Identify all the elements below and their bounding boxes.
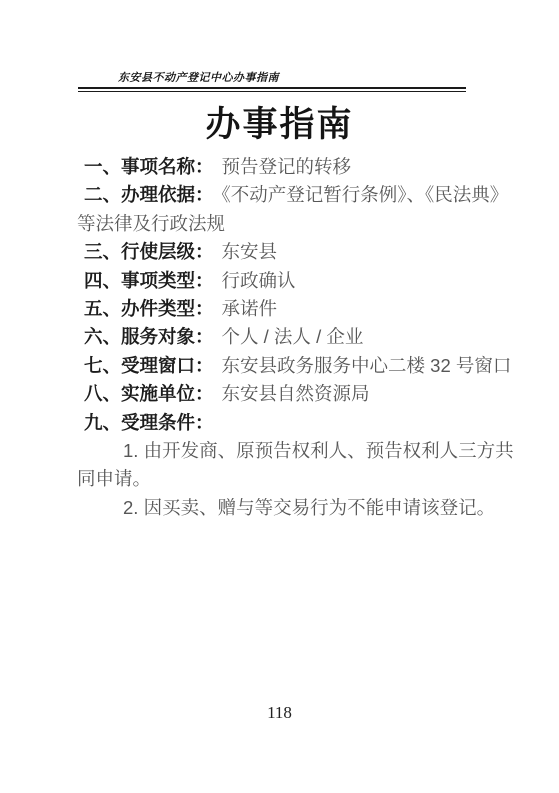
header-double-rule	[78, 87, 466, 92]
item-value: 承诺件	[222, 298, 278, 319]
running-header-title: 东安县不动产登记中心办事指南	[118, 69, 279, 85]
guide-item-row: 二、办理依据：《不动产登记暂行条例》、《民法典》	[0, 181, 559, 209]
item-label: 六、服务对象：	[84, 326, 214, 347]
item-value: 预告登记的转移	[222, 156, 352, 177]
guide-item-row: 九、受理条件：	[0, 409, 559, 437]
guide-item-row: 八、实施单位：东安县自然资源局	[0, 380, 559, 408]
item-label: 八、实施单位：	[84, 383, 214, 404]
page-title: 办事指南	[0, 97, 559, 147]
item-value: 个人 / 法人 / 企业	[222, 326, 364, 347]
item-label: 一、事项名称：	[84, 156, 214, 177]
condition-line-continuation: 同申请。	[0, 465, 559, 493]
item-label: 九、受理条件：	[84, 412, 214, 433]
item-value: 《不动产登记暂行条例》、《民法典》	[222, 184, 509, 205]
guide-body: 一、事项名称：预告登记的转移 二、办理依据：《不动产登记暂行条例》、《民法典》 …	[0, 153, 559, 522]
document-page: 东安县不动产登记中心办事指南 办事指南 一、事项名称：预告登记的转移 二、办理依…	[0, 0, 559, 793]
item-value: 东安县自然资源局	[222, 383, 370, 404]
item-label: 四、事项类型：	[84, 270, 214, 291]
item-label: 三、行使层级：	[84, 241, 214, 262]
item-label: 七、受理窗口：	[84, 355, 214, 376]
item-label: 五、办件类型：	[84, 298, 214, 319]
guide-item-row: 六、服务对象：个人 / 法人 / 企业	[0, 323, 559, 351]
item-value: 行政确认	[222, 270, 296, 291]
condition-line: 2. 因买卖、赠与等交易行为不能申请该登记。	[0, 494, 559, 522]
guide-item-row: 一、事项名称：预告登记的转移	[0, 153, 559, 181]
guide-item-row: 七、受理窗口：东安县政务服务中心二楼 32 号窗口	[0, 352, 559, 380]
guide-item-row: 五、办件类型：承诺件	[0, 295, 559, 323]
item-value: 东安县政务服务中心二楼 32 号窗口	[222, 355, 512, 376]
item-label: 二、办理依据：	[84, 184, 214, 205]
page-number: 118	[0, 703, 559, 723]
item-value: 东安县	[222, 241, 278, 262]
condition-line: 1. 由开发商、原预告权利人、预告权利人三方共	[0, 437, 559, 465]
item-value-continuation: 等法律及行政法规	[0, 210, 559, 238]
guide-item-row: 三、行使层级：东安县	[0, 238, 559, 266]
guide-item-row: 四、事项类型：行政确认	[0, 267, 559, 295]
